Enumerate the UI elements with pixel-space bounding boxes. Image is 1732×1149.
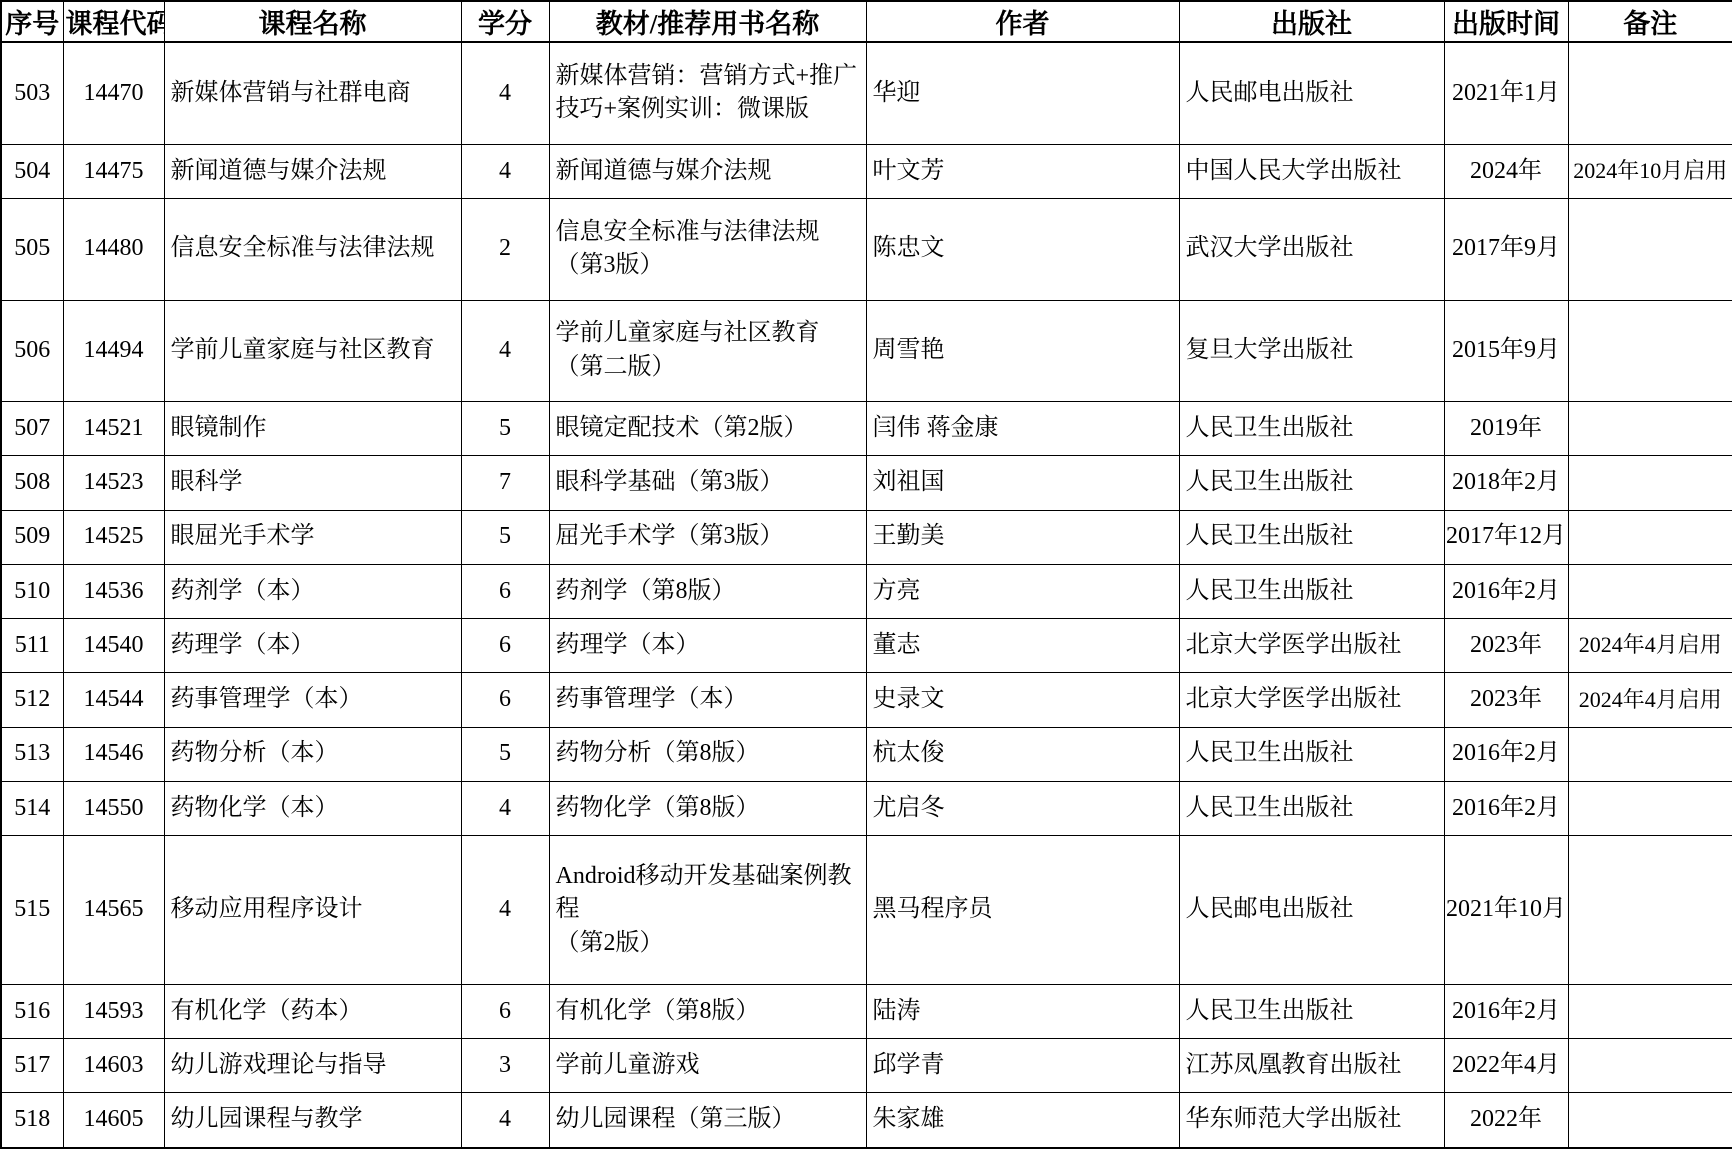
cell-author: 尤启冬 (866, 781, 1179, 835)
cell-remark (1568, 781, 1732, 835)
cell-course-name: 眼镜制作 (164, 402, 461, 456)
table-row: 51214544药事管理学（本）6药事管理学（本）史录文北京大学医学出版社202… (1, 673, 1732, 727)
cell-publish-date: 2016年2月 (1444, 564, 1568, 618)
cell-textbook: 眼科学基础（第3版） (549, 456, 866, 510)
cell-course-name: 药物分析（本） (164, 727, 461, 781)
cell-index: 516 (1, 984, 63, 1038)
cell-remark (1568, 836, 1732, 985)
cell-publisher: 武汉大学出版社 (1179, 198, 1444, 300)
cell-remark (1568, 564, 1732, 618)
cell-publish-date: 2023年 (1444, 619, 1568, 673)
cell-author: 华迎 (866, 42, 1179, 144)
cell-publisher: 人民邮电出版社 (1179, 836, 1444, 985)
column-header-course-name: 课程名称 (164, 1, 461, 42)
cell-publisher: 复旦大学出版社 (1179, 300, 1444, 402)
cell-textbook: 药剂学（第8版） (549, 564, 866, 618)
table-row: 51414550药物化学（本）4药物化学（第8版）尤启冬人民卫生出版社2016年… (1, 781, 1732, 835)
table-row: 50614494学前儿童家庭与社区教育4学前儿童家庭与社区教育 （第二版）周雪艳… (1, 300, 1732, 402)
cell-textbook: 屈光手术学（第3版） (549, 510, 866, 564)
column-header-index: 序号 (1, 1, 63, 42)
cell-publisher: 人民邮电出版社 (1179, 42, 1444, 144)
cell-publish-date: 2021年10月 (1444, 836, 1568, 985)
cell-textbook: Android移动开发基础案例教程 （第2版） (549, 836, 866, 985)
cell-course-code: 14544 (63, 673, 164, 727)
cell-index: 504 (1, 144, 63, 198)
cell-remark: 2024年4月启用 (1568, 619, 1732, 673)
cell-course-name: 有机化学（药本） (164, 984, 461, 1038)
cell-credits: 4 (461, 300, 549, 402)
cell-textbook: 药物化学（第8版） (549, 781, 866, 835)
cell-course-name: 幼儿游戏理论与指导 (164, 1039, 461, 1093)
cell-course-code: 14536 (63, 564, 164, 618)
column-header-course-code: 课程代码 (63, 1, 164, 42)
cell-index: 506 (1, 300, 63, 402)
cell-credits: 5 (461, 727, 549, 781)
cell-credits: 6 (461, 673, 549, 727)
cell-author: 董志 (866, 619, 1179, 673)
cell-textbook: 学前儿童家庭与社区教育 （第二版） (549, 300, 866, 402)
cell-author: 杭太俊 (866, 727, 1179, 781)
column-header-textbook: 教材/推荐用书名称 (549, 1, 866, 42)
cell-course-code: 14540 (63, 619, 164, 673)
cell-index: 512 (1, 673, 63, 727)
cell-author: 陈忠文 (866, 198, 1179, 300)
table-row: 50714521眼镜制作5眼镜定配技术（第2版）闫伟 蒋金康人民卫生出版社201… (1, 402, 1732, 456)
cell-index: 515 (1, 836, 63, 985)
cell-publish-date: 2017年12月 (1444, 510, 1568, 564)
cell-publisher: 中国人民大学出版社 (1179, 144, 1444, 198)
cell-textbook: 信息安全标准与法律法规 （第3版） (549, 198, 866, 300)
cell-publish-date: 2021年1月 (1444, 42, 1568, 144)
cell-author: 方亮 (866, 564, 1179, 618)
cell-publisher: 人民卫生出版社 (1179, 402, 1444, 456)
cell-index: 518 (1, 1093, 63, 1148)
table-row: 50514480信息安全标准与法律法规2信息安全标准与法律法规 （第3版）陈忠文… (1, 198, 1732, 300)
cell-remark (1568, 300, 1732, 402)
cell-course-name: 幼儿园课程与教学 (164, 1093, 461, 1148)
cell-credits: 4 (461, 781, 549, 835)
cell-course-code: 14605 (63, 1093, 164, 1148)
cell-publish-date: 2022年 (1444, 1093, 1568, 1148)
column-header-publisher: 出版社 (1179, 1, 1444, 42)
cell-course-code: 14546 (63, 727, 164, 781)
table-row: 51514565移动应用程序设计4Android移动开发基础案例教程 （第2版）… (1, 836, 1732, 985)
cell-course-name: 药理学（本） (164, 619, 461, 673)
column-header-author: 作者 (866, 1, 1179, 42)
cell-course-name: 药剂学（本） (164, 564, 461, 618)
cell-index: 503 (1, 42, 63, 144)
cell-course-name: 眼屈光手术学 (164, 510, 461, 564)
cell-index: 508 (1, 456, 63, 510)
cell-publisher: 华东师范大学出版社 (1179, 1093, 1444, 1148)
cell-author: 朱家雄 (866, 1093, 1179, 1148)
cell-course-name: 新媒体营销与社群电商 (164, 42, 461, 144)
cell-textbook: 药物分析（第8版） (549, 727, 866, 781)
cell-publisher: 江苏凤凰教育出版社 (1179, 1039, 1444, 1093)
cell-course-name: 信息安全标准与法律法规 (164, 198, 461, 300)
table-row: 51614593有机化学（药本）6有机化学（第8版）陆涛人民卫生出版社2016年… (1, 984, 1732, 1038)
column-header-credits: 学分 (461, 1, 549, 42)
cell-course-code: 14475 (63, 144, 164, 198)
cell-course-name: 眼科学 (164, 456, 461, 510)
cell-publisher: 人民卫生出版社 (1179, 510, 1444, 564)
cell-author: 王勤美 (866, 510, 1179, 564)
cell-remark (1568, 727, 1732, 781)
cell-author: 史录文 (866, 673, 1179, 727)
cell-author: 陆涛 (866, 984, 1179, 1038)
cell-remark: 2024年4月启用 (1568, 673, 1732, 727)
cell-index: 513 (1, 727, 63, 781)
cell-remark (1568, 402, 1732, 456)
cell-publish-date: 2019年 (1444, 402, 1568, 456)
cell-publisher: 北京大学医学出版社 (1179, 673, 1444, 727)
cell-credits: 5 (461, 402, 549, 456)
cell-publish-date: 2022年4月 (1444, 1039, 1568, 1093)
cell-course-code: 14525 (63, 510, 164, 564)
cell-index: 505 (1, 198, 63, 300)
cell-publish-date: 2017年9月 (1444, 198, 1568, 300)
cell-textbook: 药理学（本） (549, 619, 866, 673)
cell-publish-date: 2016年2月 (1444, 781, 1568, 835)
cell-credits: 4 (461, 144, 549, 198)
cell-course-name: 药物化学（本） (164, 781, 461, 835)
cell-index: 511 (1, 619, 63, 673)
table-row: 51314546药物分析（本）5药物分析（第8版）杭太俊人民卫生出版社2016年… (1, 727, 1732, 781)
cell-textbook: 有机化学（第8版） (549, 984, 866, 1038)
cell-course-code: 14550 (63, 781, 164, 835)
cell-textbook: 幼儿园课程（第三版） (549, 1093, 866, 1148)
cell-index: 514 (1, 781, 63, 835)
cell-credits: 4 (461, 836, 549, 985)
cell-author: 黑马程序员 (866, 836, 1179, 985)
cell-course-code: 14521 (63, 402, 164, 456)
cell-credits: 4 (461, 42, 549, 144)
cell-publisher: 人民卫生出版社 (1179, 781, 1444, 835)
cell-remark (1568, 42, 1732, 144)
table-row: 51714603幼儿游戏理论与指导3学前儿童游戏邱学青江苏凤凰教育出版社2022… (1, 1039, 1732, 1093)
table-row: 50914525眼屈光手术学5屈光手术学（第3版）王勤美人民卫生出版社2017年… (1, 510, 1732, 564)
cell-credits: 2 (461, 198, 549, 300)
cell-publish-date: 2024年 (1444, 144, 1568, 198)
table-row: 51814605幼儿园课程与教学4幼儿园课程（第三版）朱家雄华东师范大学出版社2… (1, 1093, 1732, 1148)
cell-publisher: 北京大学医学出版社 (1179, 619, 1444, 673)
cell-credits: 3 (461, 1039, 549, 1093)
column-header-publish-date: 出版时间 (1444, 1, 1568, 42)
cell-course-code: 14494 (63, 300, 164, 402)
cell-course-code: 14523 (63, 456, 164, 510)
cell-course-name: 移动应用程序设计 (164, 836, 461, 985)
cell-credits: 6 (461, 564, 549, 618)
cell-textbook: 新闻道德与媒介法规 (549, 144, 866, 198)
table-row: 50314470新媒体营销与社群电商4新媒体营销：营销方式+推广技巧+案例实训：… (1, 42, 1732, 144)
cell-remark (1568, 1093, 1732, 1148)
cell-credits: 7 (461, 456, 549, 510)
cell-credits: 5 (461, 510, 549, 564)
cell-remark: 2024年10月启用 (1568, 144, 1732, 198)
cell-textbook: 学前儿童游戏 (549, 1039, 866, 1093)
cell-publisher: 人民卫生出版社 (1179, 984, 1444, 1038)
cell-remark (1568, 198, 1732, 300)
cell-course-code: 14603 (63, 1039, 164, 1093)
cell-course-name: 新闻道德与媒介法规 (164, 144, 461, 198)
table-row: 51114540药理学（本）6药理学（本）董志北京大学医学出版社2023年202… (1, 619, 1732, 673)
cell-remark (1568, 984, 1732, 1038)
cell-publisher: 人民卫生出版社 (1179, 727, 1444, 781)
cell-remark (1568, 1039, 1732, 1093)
cell-textbook: 眼镜定配技术（第2版） (549, 402, 866, 456)
cell-credits: 6 (461, 984, 549, 1038)
cell-credits: 4 (461, 1093, 549, 1148)
table-row: 50414475新闻道德与媒介法规4新闻道德与媒介法规叶文芳中国人民大学出版社2… (1, 144, 1732, 198)
cell-textbook: 药事管理学（本） (549, 673, 866, 727)
cell-author: 邱学青 (866, 1039, 1179, 1093)
cell-course-code: 14470 (63, 42, 164, 144)
cell-publisher: 人民卫生出版社 (1179, 456, 1444, 510)
cell-textbook: 新媒体营销：营销方式+推广技巧+案例实训：微课版 (549, 42, 866, 144)
cell-remark (1568, 510, 1732, 564)
cell-course-name: 药事管理学（本） (164, 673, 461, 727)
table-row: 51014536药剂学（本）6药剂学（第8版）方亮人民卫生出版社2016年2月 (1, 564, 1732, 618)
cell-credits: 6 (461, 619, 549, 673)
cell-course-name: 学前儿童家庭与社区教育 (164, 300, 461, 402)
cell-remark (1568, 456, 1732, 510)
cell-publish-date: 2016年2月 (1444, 727, 1568, 781)
cell-index: 507 (1, 402, 63, 456)
cell-publish-date: 2016年2月 (1444, 984, 1568, 1038)
cell-author: 叶文芳 (866, 144, 1179, 198)
cell-author: 刘祖国 (866, 456, 1179, 510)
cell-publish-date: 2018年2月 (1444, 456, 1568, 510)
cell-publisher: 人民卫生出版社 (1179, 564, 1444, 618)
header-row: 序号课程代码课程名称学分教材/推荐用书名称作者出版社出版时间备注 (1, 1, 1732, 42)
cell-author: 周雪艳 (866, 300, 1179, 402)
table-row: 50814523眼科学7眼科学基础（第3版）刘祖国人民卫生出版社2018年2月 (1, 456, 1732, 510)
cell-index: 517 (1, 1039, 63, 1093)
cell-index: 510 (1, 564, 63, 618)
cell-index: 509 (1, 510, 63, 564)
cell-publish-date: 2023年 (1444, 673, 1568, 727)
course-textbook-table: 序号课程代码课程名称学分教材/推荐用书名称作者出版社出版时间备注 5031447… (0, 0, 1732, 1149)
cell-publish-date: 2015年9月 (1444, 300, 1568, 402)
table-body: 50314470新媒体营销与社群电商4新媒体营销：营销方式+推广技巧+案例实训：… (1, 42, 1732, 1148)
cell-author: 闫伟 蒋金康 (866, 402, 1179, 456)
column-header-remark: 备注 (1568, 1, 1732, 42)
cell-course-code: 14593 (63, 984, 164, 1038)
cell-course-code: 14480 (63, 198, 164, 300)
cell-course-code: 14565 (63, 836, 164, 985)
